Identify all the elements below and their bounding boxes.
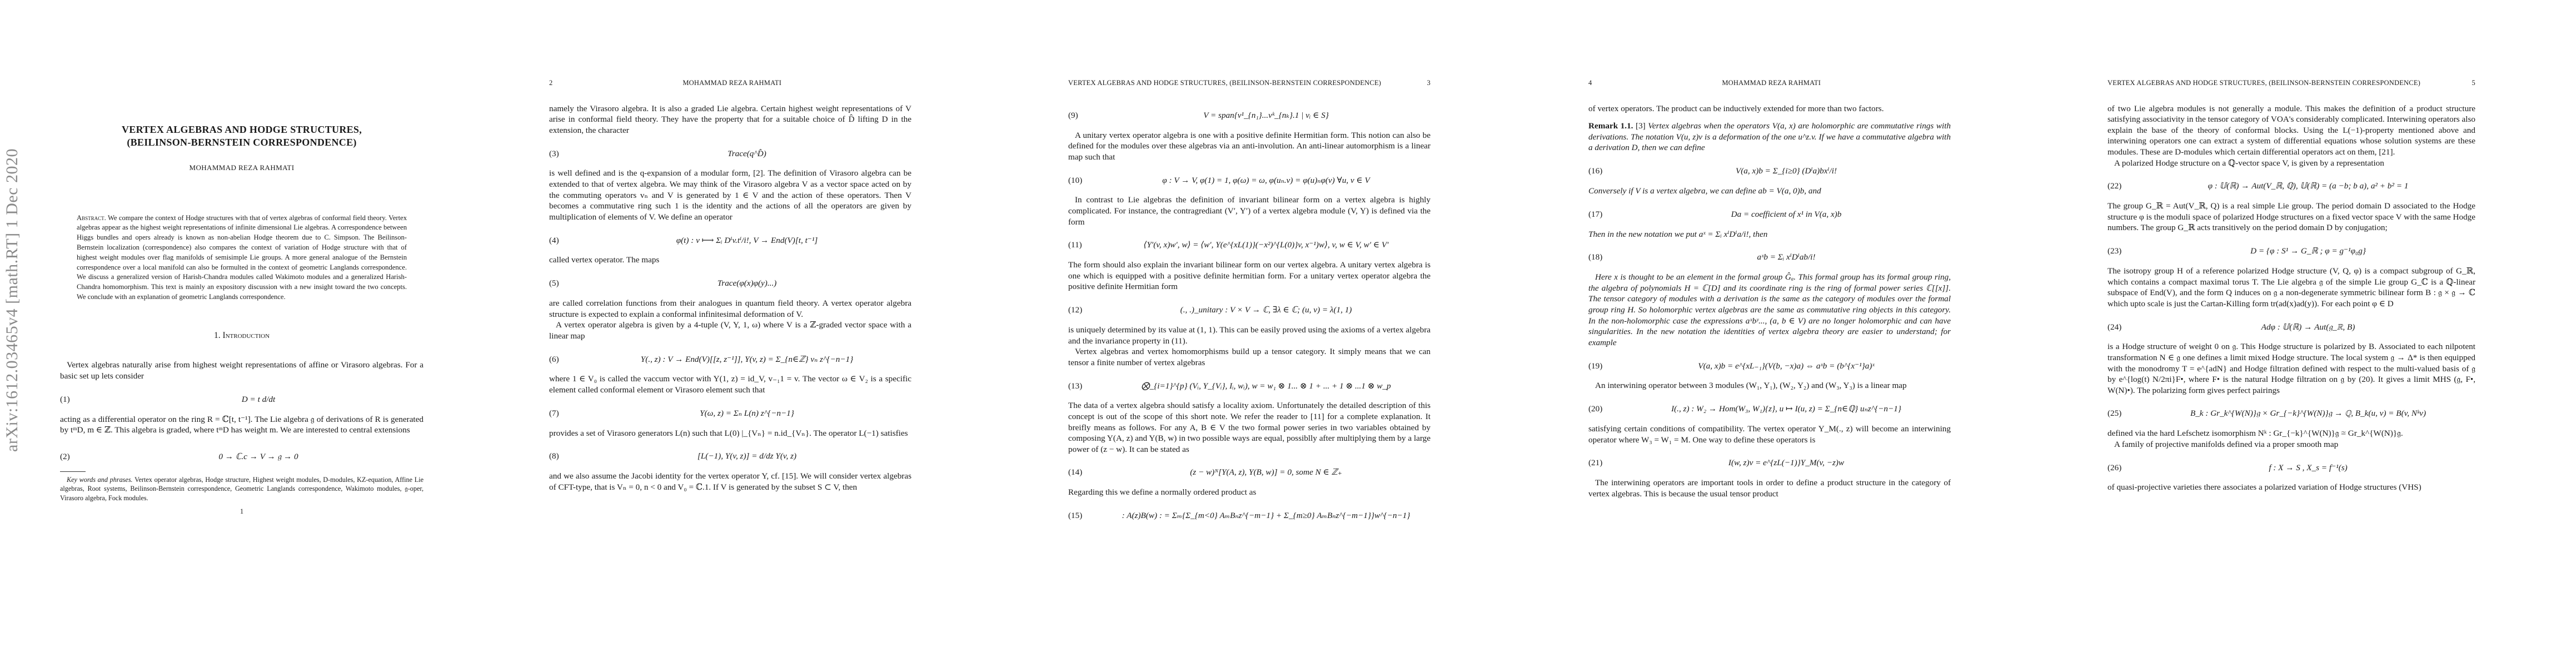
equation: (7)Y(ω, z) = Σₙ L(n) z^{−n−1} (549, 407, 911, 420)
equation: (23)D = {φ : S¹ → G_ℝ ; φ = g⁻¹φ₀g} (2107, 245, 2475, 258)
equation-number: (22) (2107, 181, 2141, 192)
equation-body: Y(., z) : V → End(V)[[z, z⁻¹]], Y(v, z) … (582, 354, 911, 365)
equation-body: I(w, z)v = e^{zL(−1)}Y_M(v, −z)w (1622, 457, 1951, 469)
running-header: VERTEX ALGEBRAS AND HODGE STRUCTURES, (B… (2107, 78, 2475, 89)
section-heading: 1. Introduction (60, 330, 423, 341)
equation: (3)Trace(q^D̂) (549, 147, 911, 160)
running-header: VERTEX ALGEBRAS AND HODGE STRUCTURES, (B… (1068, 78, 1431, 89)
title-line-2: (BEILINSON-BERNSTEIN CORRESPONDENCE) (60, 136, 423, 149)
equation-number: (5) (549, 278, 582, 289)
paragraph: A family of projective manifolds defined… (2107, 439, 2475, 450)
equation-number: (26) (2107, 462, 2141, 474)
paragraph: satisfying certain conditions of compati… (1588, 424, 1951, 445)
equation-body: Y(ω, z) = Σₙ L(n) z^{−n−1} (582, 408, 911, 419)
paragraph: is well defined and is the q-expansion o… (549, 168, 911, 222)
paragraph: Then in the new notation we put aˣ = Σᵢ … (1588, 229, 1951, 240)
remark-label: Remark 1.1. (1588, 121, 1633, 131)
running-head-text: VERTEX ALGEBRAS AND HODGE STRUCTURES, (B… (2107, 78, 2420, 89)
equation-body: V(a, x)b = Σ_{i≥0} (Dⁱa)bxⁱ/i! (1622, 166, 1951, 177)
equation-body: : A(z)B(w) : = Σₘ{Σ_{m<0} AₘBₙz^{−m−1} +… (1102, 510, 1431, 521)
equation-body: Da = coefficient of x¹ in V(a, x)b (1622, 209, 1951, 220)
equation-body: φ : V → V, φ(1) = 1, φ(ω) = ω, φ(uₙ.v) =… (1102, 175, 1431, 186)
paragraph: Conversely if V is a vertex algebra, we … (1588, 186, 1951, 197)
page-number: 5 (2472, 78, 2475, 89)
paragraph: is a Hodge structure of weight 0 on 𝔤. T… (2107, 341, 2475, 396)
equation-number: (14) (1068, 467, 1102, 478)
paragraph: Vertex algebras and vertex homomorphisms… (1068, 346, 1431, 368)
equation-number: (15) (1068, 510, 1102, 521)
equation-number: (23) (2107, 246, 2141, 257)
equation: (14)(z − w)ᴺ[Y(A, z), Y(B, w)] = 0, some… (1068, 466, 1431, 479)
equation-body: ⨂_{i=1}^{p} (Vᵢ, Y_{Vᵢ}, Iᵢ, wᵢ), w = w₁… (1102, 381, 1431, 392)
equation: (21)I(w, z)v = e^{zL(−1)}Y_M(v, −z)w (1588, 456, 1951, 470)
paragraph: called vertex operator. The maps (549, 255, 911, 266)
equation: (20)I(., z) : W₂ → Hom(W₃, W₁){z}, u ↦ I… (1588, 402, 1951, 416)
page-3: VERTEX ALGEBRAS AND HODGE STRUCTURES, (B… (1045, 0, 1567, 667)
equation-body: [L(−1), Y(v, z)] = d/dz Y(v, z) (582, 451, 911, 462)
paragraph: and we also assume the Jacobi identity f… (549, 471, 911, 492)
equation-number: (11) (1068, 240, 1102, 251)
running-header: 2 MOHAMMAD REZA RAHMATI (549, 78, 911, 89)
footnote-rule (60, 471, 86, 472)
equation-body: Trace(φ(x)φ(y)...) (582, 278, 911, 289)
equation: (6)Y(., z) : V → End(V)[[z, z⁻¹]], Y(v, … (549, 352, 911, 366)
paragraph: is uniquely determined by its value at (… (1068, 325, 1431, 346)
equation-number: (18) (1588, 252, 1622, 263)
equation: (22)φ : 𝕌(ℝ) → Aut(V_ℝ, ℚ), 𝕌(ℝ) = (a −b… (2107, 180, 2475, 193)
equation-number: (16) (1588, 166, 1622, 177)
paragraph: An interwining operator between 3 module… (1588, 380, 1951, 391)
equation: (5)Trace(φ(x)φ(y)...) (549, 277, 911, 290)
author: MOHAMMAD REZA RAHMATI (60, 162, 423, 173)
paragraph: In contrast to Lie algebras the definiti… (1068, 195, 1431, 227)
equation: (24)Adφ : 𝕌(ℝ) → Aut(𝔤_ℝ, B) (2107, 320, 2475, 333)
equation-body: Trace(q^D̂) (582, 148, 911, 160)
equation: (2) 0 → ℂ.c → V → 𝔤 → 0 (60, 450, 423, 464)
equation: (1) D = t d/dt (60, 393, 423, 406)
page-1: arXiv:1612.03465v4 [math.RT] 1 Dec 2020 … (0, 0, 522, 667)
equation-number: (21) (1588, 457, 1622, 469)
equation-number: (10) (1068, 175, 1102, 186)
equation-number: (24) (2107, 322, 2141, 333)
equation: (10)φ : V → V, φ(1) = 1, φ(ω) = ω, φ(uₙ.… (1068, 173, 1431, 187)
paragraph: The data of a vertex algebra should sati… (1068, 400, 1431, 455)
equation: (8)[L(−1), Y(v, z)] = d/dz Y(v, z) (549, 450, 911, 463)
equation: (25)B_k : Gr_k^{W(N)}𝔤 × Gr_{−k}^{W(N)}𝔤… (2107, 407, 2475, 420)
paper-title: VERTEX ALGEBRAS AND HODGE STRUCTURES, (B… (60, 123, 423, 149)
paragraph: A polarized Hodge structure on a ℚ-vecto… (2107, 158, 2475, 169)
abstract: Abstract. We compare the context of Hodg… (77, 213, 407, 302)
page-number: 1 (60, 506, 423, 517)
paragraph: namely the Virasoro algebra. It is also … (549, 103, 911, 136)
page-4: 4 MOHAMMAD REZA RAHMATI of vertex operat… (1567, 0, 2090, 667)
page-2: 2 MOHAMMAD REZA RAHMATI namely the Viras… (522, 0, 1045, 667)
paragraph: are called correlation functions from th… (549, 298, 911, 320)
equation: (19)V(a, x)b = e^{xL₋₁}(V(b, −x)a) ⇔ aˣb… (1588, 359, 1951, 372)
equation: (4)φ(t) : v ⟼ Σᵢ Dⁱv.tⁱ/i!, V → End(V)[t… (549, 233, 911, 247)
paragraph: A unitary vertex operator algebra is one… (1068, 130, 1431, 163)
footnote-keywords: Key words and phrases. Vertex operator a… (60, 475, 423, 503)
equation-body: 0 → ℂ.c → V → 𝔤 → 0 (93, 451, 423, 462)
equation-body: B_k : Gr_k^{W(N)}𝔤 × Gr_{−k}^{W(N)}𝔤 → ℚ… (2141, 408, 2475, 419)
paragraph: Vertex algebras naturally arise from hig… (60, 360, 423, 381)
equation: (15): A(z)B(w) : = Σₘ{Σ_{m<0} AₘBₙz^{−m−… (1068, 509, 1431, 522)
equation-body: ⟨Y′(v, x)w′, w⟩ = ⟨w′, Y(e^{xL(1)}(−x²)^… (1102, 240, 1431, 251)
paragraph: The isotropy group H of a reference pola… (2107, 266, 2475, 309)
equation-body: φ : 𝕌(ℝ) → Aut(V_ℝ, ℚ), 𝕌(ℝ) = (a −b; b … (2141, 181, 2475, 192)
paragraph: Regarding this we define a normally orde… (1068, 487, 1431, 498)
equation-number: (20) (1588, 404, 1622, 415)
equation-body: Adφ : 𝕌(ℝ) → Aut(𝔤_ℝ, B) (2141, 322, 2475, 333)
paragraph: of two Lie algebra modules is not genera… (2107, 103, 2475, 158)
paragraph: where 1 ∈ V₀ is called the vaccum vector… (549, 374, 911, 395)
equation: (16)V(a, x)b = Σ_{i≥0} (Dⁱa)bxⁱ/i! (1588, 165, 1951, 178)
equation-body: f : X → S , X_s = f⁻¹(s) (2141, 462, 2475, 474)
equation: (11)⟨Y′(v, x)w′, w⟩ = ⟨w′, Y(e^{xL(1)}(−… (1068, 238, 1431, 252)
equation: (12)(., .)_unitary : V × V → ℂ, ∃λ ∈ ℂ; … (1068, 303, 1431, 317)
paragraph: provides a set of Virasoro generators L(… (549, 428, 911, 439)
paragraph: A vertex operator algebra is given by a … (549, 320, 911, 341)
abstract-text: We compare the context of Hodge structur… (77, 214, 407, 301)
equation-number: (7) (549, 408, 582, 419)
equation-number: (8) (549, 451, 582, 462)
paragraph: acting as a differential operator on the… (60, 414, 423, 436)
running-head-text: VERTEX ALGEBRAS AND HODGE STRUCTURES, (B… (1068, 78, 1381, 89)
title-line-1: VERTEX ALGEBRAS AND HODGE STRUCTURES, (60, 123, 423, 136)
equation-number: (2) (60, 451, 93, 462)
equation-number: (17) (1588, 209, 1622, 220)
equation-number: (12) (1068, 305, 1102, 316)
paragraph: The form should also explain the invaria… (1068, 260, 1431, 292)
paragraph: of quasi-projective varieties there asso… (2107, 482, 2475, 493)
page-number: 3 (1427, 78, 1431, 89)
equation-body: I(., z) : W₂ → Hom(W₃, W₁){z}, u ↦ I(u, … (1622, 404, 1951, 415)
equation-number: (4) (549, 235, 582, 246)
equation: (26)f : X → S , X_s = f⁻¹(s) (2107, 461, 2475, 474)
footnote-label: Key words and phrases. (67, 476, 133, 484)
paragraph: of vertex operators. The product can be … (1588, 103, 1951, 115)
arxiv-stamp: arXiv:1612.03465v4 [math.RT] 1 Dec 2020 (3, 128, 21, 472)
equation-number: (1) (60, 394, 93, 405)
remark: Remark 1.1. [3] Vertex algebras when the… (1588, 121, 1951, 153)
paragraph: Here x is thought to be an element in th… (1588, 272, 1951, 348)
equation-number: (25) (2107, 408, 2141, 419)
equation-body: D = {φ : S¹ → G_ℝ ; φ = g⁻¹φ₀g} (2141, 246, 2475, 257)
remark-citation: [3] (1636, 121, 1646, 131)
equation-body: V = span{v¹_{n₁}...vᵏ_{nₖ}.1 | vᵢ ∈ S} (1102, 110, 1431, 121)
running-head-text: MOHAMMAD REZA RAHMATI (1592, 78, 1951, 89)
abstract-label: Abstract. (77, 214, 106, 222)
paragraph: The interwining operators are important … (1588, 477, 1951, 499)
equation-body: (z − w)ᴺ[Y(A, z), Y(B, w)] = 0, some N ∈… (1102, 467, 1431, 478)
equation: (9)V = span{v¹_{n₁}...vᵏ_{nₖ}.1 | vᵢ ∈ S… (1068, 109, 1431, 122)
equation: (13)⨂_{i=1}^{p} (Vᵢ, Y_{Vᵢ}, Iᵢ, wᵢ), w … (1068, 379, 1431, 392)
equation-body: V(a, x)b = e^{xL₋₁}(V(b, −x)a) ⇔ aˣb = (… (1622, 361, 1951, 372)
paragraph: The group G_ℝ = Aut(V_ℝ, Q) is a real si… (2107, 201, 2475, 233)
equation-body: D = t d/dt (93, 394, 423, 405)
page-5: VERTEX ALGEBRAS AND HODGE STRUCTURES, (B… (2090, 0, 2576, 667)
equation-number: (19) (1588, 361, 1622, 372)
arxiv-stamp-text: arXiv:1612.03465v4 [math.RT] 1 Dec 2020 (3, 148, 22, 452)
equation-number: (9) (1068, 110, 1102, 121)
equation: (18)aˣb = Σᵢ xⁱDⁱab/i! (1588, 251, 1951, 264)
equation-number: (3) (549, 148, 582, 160)
equation-number: (13) (1068, 381, 1102, 392)
equation-body: φ(t) : v ⟼ Σᵢ Dⁱv.tⁱ/i!, V → End(V)[t, t… (582, 235, 911, 246)
equation-body: aˣb = Σᵢ xⁱDⁱab/i! (1622, 252, 1951, 263)
running-head-text: MOHAMMAD REZA RAHMATI (552, 78, 911, 89)
paragraph: defined via the hard Lefschetz isomorphi… (2107, 428, 2475, 439)
equation-body: (., .)_unitary : V × V → ℂ, ∃λ ∈ ℂ; (u, … (1102, 305, 1431, 316)
equation: (17)Da = coefficient of x¹ in V(a, x)b (1588, 208, 1951, 221)
running-header: 4 MOHAMMAD REZA RAHMATI (1588, 78, 1951, 89)
equation-number: (6) (549, 354, 582, 365)
